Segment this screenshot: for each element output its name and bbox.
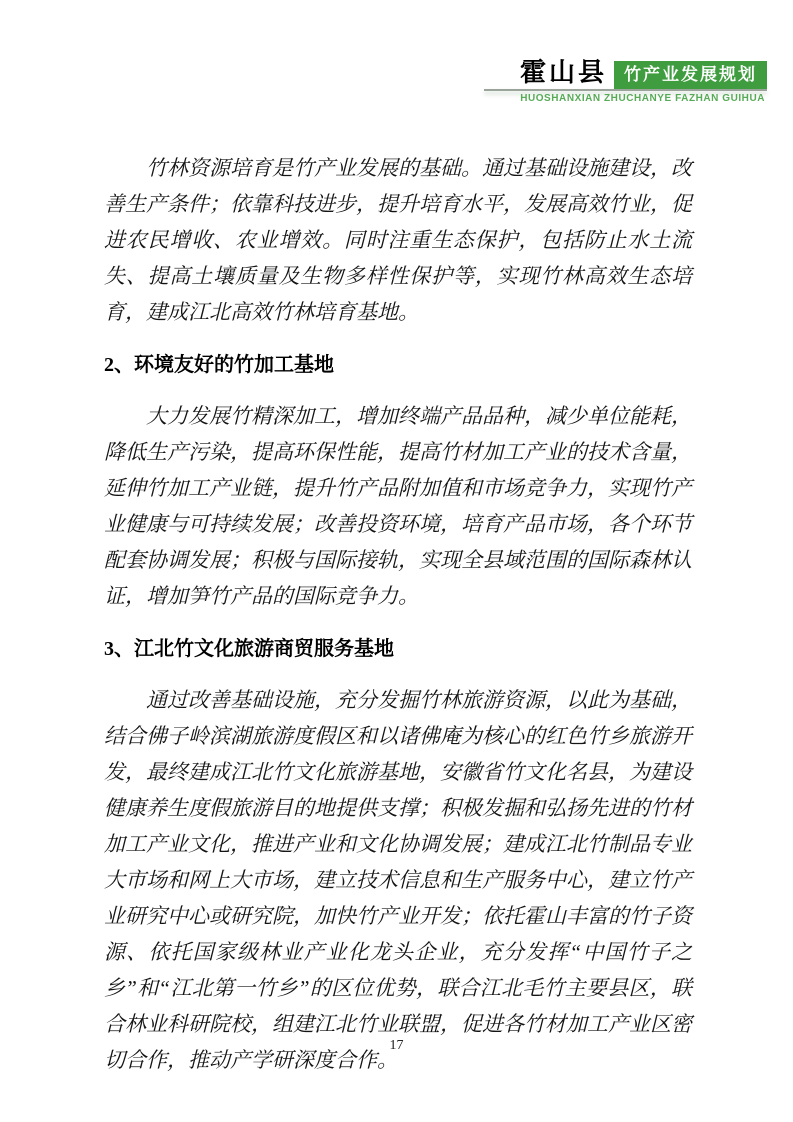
- header-divider: [484, 89, 767, 91]
- paragraph-bamboo-cultivation: 竹林资源培育是竹产业发展的基础。通过基础设施建设，改善生产条件；依靠科技进步，提…: [104, 150, 692, 330]
- paragraph-processing-base: 大力发展竹精深加工，增加终端产品品种，减少单位能耗，降低生产污染，提高环保性能，…: [104, 398, 692, 614]
- section-heading-3-culture-tourism-base: 3、江北竹文化旅游商贸服务基地: [104, 632, 692, 666]
- paragraph-culture-tourism-base: 通过改善基础设施，充分发掘竹林旅游资源，以此为基础，结合佛子岭滨湖旅游度假区和以…: [104, 682, 692, 1078]
- document-page: 霍山县 竹产业发展规划 HUOSHANXIAN ZHUCHANYE FAZHAN…: [0, 0, 793, 1122]
- section-heading-2-processing-base: 2、环境友好的竹加工基地: [104, 348, 692, 382]
- page-number: 17: [390, 1038, 404, 1053]
- page-footer: 17: [0, 1036, 793, 1054]
- document-body: 竹林资源培育是竹产业发展的基础。通过基础设施建设，改善生产条件；依靠科技进步，提…: [104, 150, 692, 1078]
- county-name: 霍山县: [520, 60, 614, 89]
- page-header: 霍山县 竹产业发展规划 HUOSHANXIAN ZHUCHANYE FAZHAN…: [0, 0, 793, 120]
- header-title-band: 霍山县 竹产业发展规划: [520, 60, 767, 89]
- header-subtitle-pinyin: HUOSHANXIAN ZHUCHANYE FAZHAN GUIHUA: [520, 93, 765, 104]
- doc-title-badge: 竹产业发展规划: [614, 61, 767, 89]
